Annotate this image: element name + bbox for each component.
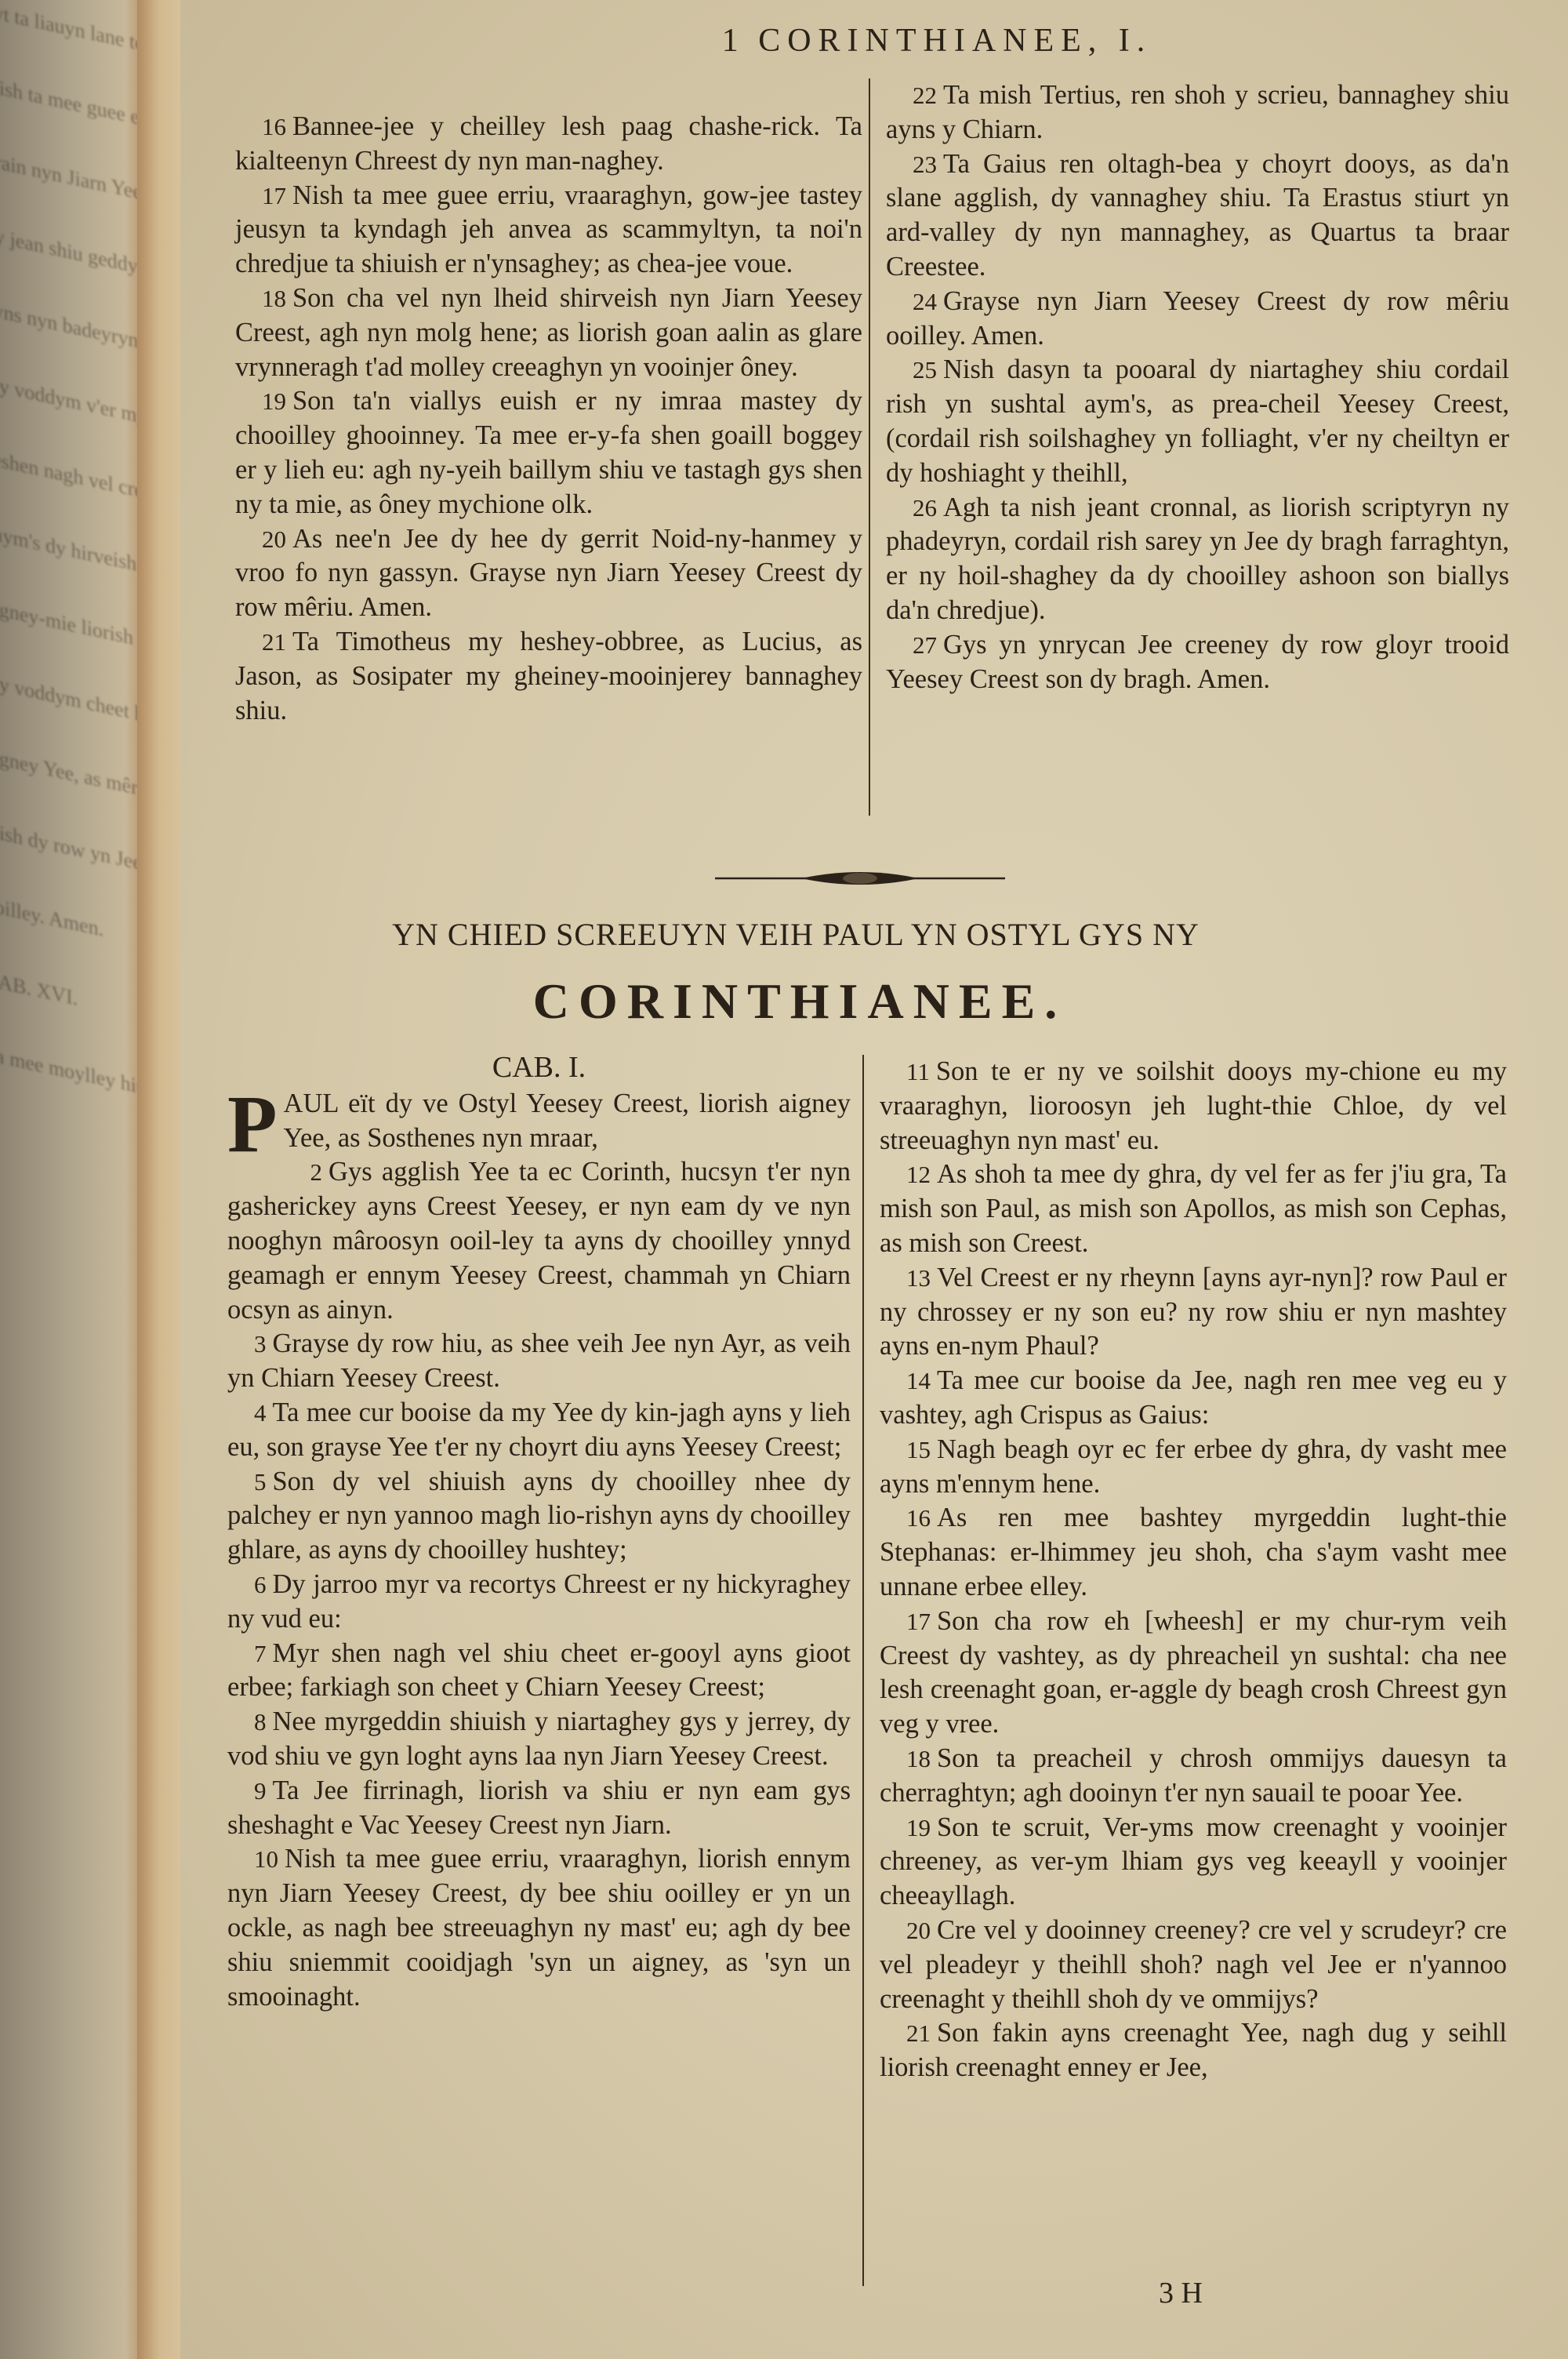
verse: 15Nagh beagh oyr ec fer erbee dy ghra, d… — [880, 1433, 1507, 1502]
verse: 12As shoh ta mee dy ghra, dy vel fer as … — [880, 1158, 1507, 1260]
verse-text: As nee'n Jee dy hee dy gerrit Noid-ny-ha… — [235, 524, 862, 623]
verse-text: Grayse nyn Jiarn Yeesey Creest dy row mê… — [886, 286, 1509, 351]
verse: 9Ta Jee firrinagh, liorish va shiu er ny… — [227, 1774, 851, 1843]
facing-page-line: Ta mee moylley hiu Phebe — [0, 1038, 157, 1108]
verse-text: Grayse dy row hiu, as shee veih Jee nyn … — [227, 1329, 851, 1393]
verse-number: 8 — [254, 1708, 267, 1736]
verse: 3Grayse dy row hiu, as shee veih Jee nyn… — [227, 1327, 851, 1396]
verse-text: Son ta preacheil y chrosh ommijys dauesy… — [880, 1743, 1507, 1808]
verse-number: 20 — [262, 525, 286, 553]
verse-number: 19 — [262, 387, 286, 415]
verse-number: 12 — [906, 1161, 931, 1188]
verse-number: 21 — [262, 628, 286, 656]
verse: 17Nish ta mee guee erriu, vraaraghyn, go… — [235, 179, 862, 282]
running-head-number: 1 — [722, 23, 739, 59]
verse-number: 3 — [254, 1330, 267, 1358]
verse-number: 25 — [913, 356, 937, 383]
verse-number: 16 — [262, 113, 286, 140]
verse-number: 11 — [906, 1058, 930, 1085]
verse-text: Bannee-jee y cheilley lesh paag chashe-r… — [235, 111, 862, 176]
verse-text: Son te scruit, Ver-yms mow creenaght y v… — [880, 1812, 1507, 1911]
running-head-title: CORINTHIANEE, I. — [758, 23, 1152, 59]
verse-text: Nish ta mee guee erriu, vraaraghyn, gow-… — [235, 180, 862, 279]
verse-number: 9 — [254, 1777, 267, 1805]
column-divider-top — [869, 78, 870, 816]
verse: 25Nish dasyn ta pooaral dy niartaghey sh… — [886, 353, 1509, 490]
signature-mark: 3 H — [1159, 2276, 1203, 2310]
verse: 21Ta Timotheus my heshey-obbree, as Luci… — [235, 625, 862, 728]
verse-number: 2 — [310, 1158, 323, 1186]
verse: 10Nish ta mee guee erriu, vraaraghyn, li… — [227, 1842, 851, 2014]
facing-page-curl: ayt ta liauyn lane towse jeh bannaghtNis… — [0, 0, 157, 2359]
verse-text: Nee myrgeddin shiuish y niartaghey gys y… — [227, 1707, 851, 1771]
verse: 22Ta mish Tertius, ren shoh y scrieu, ba… — [886, 78, 1509, 147]
verse: 7Myr shen nagh vel shiu cheet er-gooyl a… — [227, 1637, 851, 1706]
verse: 6Dy jarroo myr va recortys Chreest er ny… — [227, 1568, 851, 1637]
facing-page-line: Dy voddym v'er my livrey — [0, 368, 157, 438]
facing-page-line: Nish ta mee guee erriu, vraar — [0, 70, 157, 140]
verse-number: 20 — [906, 1917, 931, 1944]
verse-number: 21 — [906, 2019, 931, 2047]
ornamental-divider-icon — [715, 869, 1005, 888]
verse-number: 17 — [906, 1608, 931, 1635]
verse-text: Nish dasyn ta pooaral dy niartaghey shiu… — [886, 354, 1509, 487]
verse-text: Gys yn ynrycan Jee creeney dy row gloyr … — [886, 630, 1509, 694]
verse: 20Cre vel y dooinney creeney? cre vel y … — [880, 1914, 1507, 2016]
verse-text: Ta mish Tertius, ren shoh y scrieu, bann… — [886, 80, 1509, 144]
verse-text: As shoh ta mee dy ghra, dy vel fer as fe… — [880, 1159, 1507, 1258]
verse: 19Son ta'n viallys euish er ny imraa mas… — [235, 384, 862, 522]
verse-text: Son cha row eh [wheesh] er my chur-rym v… — [880, 1606, 1507, 1739]
verse: 4Ta mee cur booise da my Yee dy kin-jagh… — [227, 1396, 851, 1465]
column-divider-bottom — [862, 1055, 864, 2286]
verse-text: Cre vel y dooinney creeney? cre vel y sc… — [880, 1915, 1507, 2014]
facing-page-line: t'aym's dy hirveish ec Jerus — [0, 517, 157, 587]
chapter-opening-verse: PAUL eït dy ve Ostyl Yeesey Creest, lior… — [227, 1087, 851, 1156]
verse-text: Ta Gaius ren oltagh-bea y choyrt dooys, … — [886, 149, 1509, 282]
verse-text: Vel Creest er ny rheynn [ayns ayr-nyn]? … — [880, 1263, 1507, 1361]
verse: 17Son cha row eh [wheesh] er my chur-rym… — [880, 1605, 1507, 1742]
facing-page-line: ooilley. Amen. — [0, 889, 157, 959]
verse-number: 7 — [254, 1640, 267, 1667]
verse: 16As ren mee bashtey myrgeddin lught-thi… — [880, 1501, 1507, 1604]
verse-number: 27 — [913, 631, 937, 659]
verse-text: Son te er ny ve soilshit dooys my-chione… — [880, 1056, 1507, 1155]
facing-page-line: grain nyn Jiarn Yeesey Creest, — [0, 144, 157, 214]
verse-number: 16 — [906, 1504, 931, 1532]
verse: 24Grayse nyn Jiarn Yeesey Creest dy row … — [886, 285, 1509, 354]
verse: 13Vel Creest er ny rheynn [ayns ayr-nyn]… — [880, 1261, 1507, 1364]
verse: 8Nee myrgeddin shiuish y niartaghey gys … — [227, 1705, 851, 1774]
drop-cap: P — [227, 1092, 278, 1158]
verse-number: 10 — [254, 1845, 278, 1873]
verse-text: Ta Timotheus my heshey-obbree, as Lucius… — [235, 627, 862, 725]
verse: 16Bannee-jee y cheilley lesh paag chashe… — [235, 110, 862, 179]
verse-number: 24 — [913, 288, 937, 315]
verse-text: Nish ta mee guee erriu, vraaraghyn, lior… — [227, 1844, 851, 2011]
verse: 5Son dy vel shiuish ayns dy chooilley nh… — [227, 1465, 851, 1568]
verse-number: 17 — [262, 182, 286, 209]
facing-page-line: ayt ta liauyn lane towse jeh bannaght — [0, 0, 157, 66]
chapter-label: CAB. I. — [227, 1051, 851, 1085]
facing-page-line: aigney Yee, as mêriu — [0, 740, 157, 810]
verse-number: 19 — [906, 1814, 931, 1841]
verse-text: Nagh beagh oyr ec fer erbee dy ghra, dy … — [880, 1434, 1507, 1499]
verse-text: Son ta'n viallys euish er ny imraa maste… — [235, 386, 862, 518]
verse-number: 15 — [906, 1436, 931, 1463]
verse-number: 4 — [254, 1399, 267, 1427]
verse-number: 6 — [254, 1571, 267, 1598]
verse-text: Son fakin ayns creenaght Yee, nagh dug y… — [880, 2018, 1507, 2082]
book-subtitle: YN CHIED SCREEUYN VEIH PAUL YN OSTYL GYS… — [180, 916, 1568, 953]
facing-page-line: CAB. XVI. — [0, 964, 157, 1034]
verse-number: 23 — [913, 151, 937, 178]
verse: 27Gys yn ynrycan Jee creeney dy row gloy… — [886, 628, 1509, 697]
column-bottom-right: 11Son te er ny ve soilshit dooys my-chio… — [880, 1055, 1507, 2085]
verse-text: Ta Jee firrinagh, liorish va shiu er nyn… — [227, 1776, 851, 1840]
verse: 26Agh ta nish jeant cronnal, as liorish … — [886, 491, 1509, 628]
column-top-left: 16Bannee-jee y cheilley lesh paag chashe… — [235, 110, 862, 728]
verse-number: 18 — [906, 1745, 931, 1772]
verse-text: Myr shen nagh vel shiu cheet er-gooyl ay… — [227, 1638, 851, 1703]
verse-number: 26 — [913, 494, 937, 522]
running-head: 1 CORINTHIANEE, I. — [180, 22, 1568, 60]
opening-text: eït dy ve Ostyl Yeesey Creest, liorish a… — [284, 1089, 851, 1153]
verse: 19Son te scruit, Ver-yms mow creenaght y… — [880, 1811, 1507, 1914]
opening-smallcaps: AUL — [284, 1089, 339, 1118]
verse: 20As nee'n Jee dy hee dy gerrit Noid-ny-… — [235, 522, 862, 625]
verse-text: Dy jarroo myr va recortys Chreest er ny … — [227, 1569, 851, 1634]
verse: 18Son cha vel nyn lheid shirveish nyn Ji… — [235, 282, 862, 384]
verse-text: As ren mee bashtey myrgeddin lught-thie … — [880, 1503, 1507, 1601]
verse-number: 5 — [254, 1468, 267, 1496]
verse: 18Son ta preacheil y chrosh ommijys daue… — [880, 1742, 1507, 1811]
verse-number: 18 — [262, 285, 286, 312]
verse-number: 14 — [906, 1367, 931, 1394]
verse-number: 22 — [913, 82, 937, 109]
verse: 14Ta mee cur booise da Jee, nagh ren mee… — [880, 1364, 1507, 1433]
book-title: CORINTHIANEE. — [180, 972, 1568, 1030]
facing-page-line: Jeshen nagh vel credjal; as — [0, 442, 157, 512]
verse-text: Agh ta nish jeant cronnal, as liorish sc… — [886, 493, 1509, 625]
verse: 21Son fakin ayns creenaght Yee, nagh dug… — [880, 2016, 1507, 2085]
facing-page-line: Nish dy row yn Jee dy — [0, 815, 157, 885]
facing-page-line: dy jean shiu geddyn — [0, 219, 157, 289]
verse-text: Ta mee cur booise da Jee, nagh ren mee v… — [880, 1365, 1507, 1430]
facing-page-line: ayns nyn badeyryn — [0, 293, 157, 363]
verse-text: Son dy vel shiuish ayns dy chooilley nhe… — [227, 1467, 851, 1565]
verse-text: Son cha vel nyn lheid shirveish nyn Jiar… — [235, 283, 862, 382]
verse-text: Ta mee cur booise da my Yee dy kin-jagh … — [227, 1398, 851, 1462]
facing-page-line: Dy voddym cheet hiu lesh — [0, 666, 157, 736]
verse: 2Gys agglish Yee ta ec Corinth, hucsyn t… — [227, 1155, 851, 1327]
facing-page-line: aigney-mie liorish ny noo — [0, 591, 157, 661]
column-bottom-left: CAB. I. PAUL eït dy ve Ostyl Yeesey Cree… — [227, 1051, 851, 2014]
verse: 11Son te er ny ve soilshit dooys my-chio… — [880, 1055, 1507, 1158]
verse-number: 13 — [906, 1264, 931, 1292]
verse: 23Ta Gaius ren oltagh-bea y choyrt dooys… — [886, 147, 1509, 285]
column-top-right: 22Ta mish Tertius, ren shoh y scrieu, ba… — [886, 78, 1509, 696]
